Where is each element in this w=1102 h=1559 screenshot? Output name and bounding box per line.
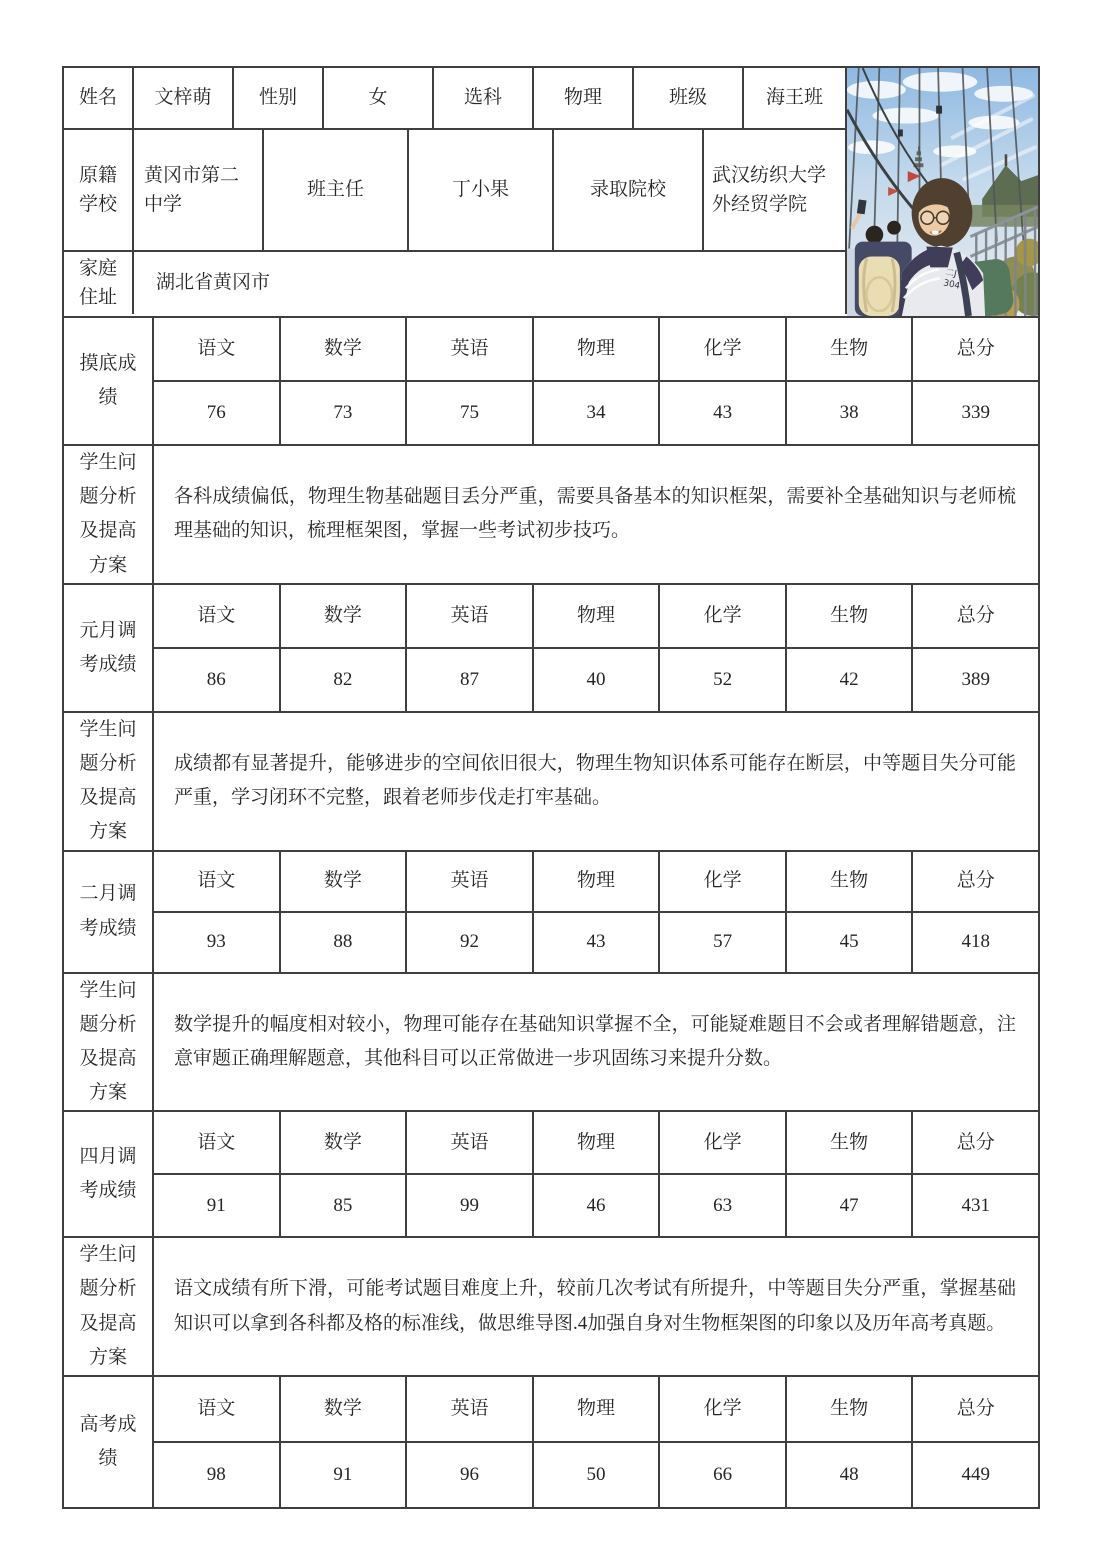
info-row-basic: 姓名 文梓萌 性别 女 选科 物理 班级 海王班 <box>64 68 847 130</box>
score-section: 元月调考成绩 语文数学英语物理化学生物总分 868287405242389 <box>64 585 1038 713</box>
gender-value: 女 <box>324 68 434 128</box>
score-value-cell: 91 <box>281 1443 408 1507</box>
subject-header-cell: 化学 <box>660 585 787 647</box>
score-value-cell: 66 <box>660 1443 787 1507</box>
score-section: 高考成绩 语文数学英语物理化学生物总分 989196506648449 <box>64 1377 1038 1507</box>
teacher-label: 班主任 <box>264 130 409 250</box>
section-label-cell: 学生问题分析及提高方案 <box>64 713 154 850</box>
score-value-cell: 42 <box>787 649 914 711</box>
name-value: 文梓萌 <box>134 68 234 128</box>
subject-header-cell: 数学 <box>281 1112 408 1173</box>
score-value-cell: 63 <box>660 1175 787 1236</box>
subject-header-cell: 生物 <box>787 585 914 647</box>
score-value-cell: 40 <box>534 649 661 711</box>
score-value-cell: 98 <box>154 1443 281 1507</box>
subject-header-cell: 总分 <box>913 1112 1038 1173</box>
subject-header-cell: 总分 <box>913 1377 1038 1441</box>
score-value-cell: 43 <box>534 913 661 972</box>
score-value-cell: 91 <box>154 1175 281 1236</box>
score-value-cell: 418 <box>913 913 1038 972</box>
score-value-cell: 34 <box>534 382 661 444</box>
elective-label: 选科 <box>434 68 534 128</box>
subject-header-cell: 数学 <box>281 318 408 380</box>
subject-header-cell: 物理 <box>534 1377 661 1441</box>
section-label-cell: 学生问题分析及提高方案 <box>64 974 154 1111</box>
gender-label: 性别 <box>234 68 324 128</box>
score-value-cell: 46 <box>534 1175 661 1236</box>
subject-header-row: 语文数学英语物理化学生物总分 <box>154 1377 1038 1443</box>
section-label: 元月调考成绩 <box>78 614 138 682</box>
subject-header-cell: 英语 <box>407 585 534 647</box>
subject-header-cell: 语文 <box>154 1112 281 1173</box>
section-label: 学生问题分析及提高方案 <box>78 974 138 1111</box>
score-value-cell: 38 <box>787 382 914 444</box>
student-record-table: 姓名 文梓萌 性别 女 选科 物理 班级 海王班 原籍学校 黄冈市第二中学 班主… <box>62 66 1040 1509</box>
section-label: 二月调考成绩 <box>78 877 138 945</box>
subject-header-row: 语文数学英语物理化学生物总分 <box>154 852 1038 913</box>
section-label: 摸底成绩 <box>78 347 138 415</box>
analysis-text: 语文成绩有所下滑，可能考试题目难度上升，较前几次考试有所提升，中等题目失分严重，… <box>154 1238 1038 1375</box>
subject-header-cell: 总分 <box>913 585 1038 647</box>
origin-school-label: 原籍学校 <box>64 130 134 250</box>
score-table: 语文数学英语物理化学生物总分 767375344338339 <box>154 318 1038 444</box>
subject-header-cell: 生物 <box>787 318 914 380</box>
origin-school-value: 黄冈市第二中学 <box>134 130 264 250</box>
subject-header-cell: 语文 <box>154 852 281 911</box>
score-value-row: 767375344338339 <box>154 382 1038 444</box>
subject-header-row: 语文数学英语物理化学生物总分 <box>154 1112 1038 1175</box>
subject-header-cell: 物理 <box>534 318 661 380</box>
subject-header-row: 语文数学英语物理化学生物总分 <box>154 318 1038 382</box>
address-value: 湖北省黄冈市 <box>134 252 847 314</box>
sections: 摸底成绩 语文数学英语物理化学生物总分 767375344338339 学生问题… <box>64 318 1038 1507</box>
score-value-cell: 57 <box>660 913 787 972</box>
score-table: 语文数学英语物理化学生物总分 989196506648449 <box>154 1377 1038 1507</box>
section-label: 学生问题分析及提高方案 <box>78 1238 138 1375</box>
subject-header-cell: 数学 <box>281 1377 408 1441</box>
score-value-cell: 76 <box>154 382 281 444</box>
subject-header-cell: 物理 <box>534 852 661 911</box>
score-value-cell: 75 <box>407 382 534 444</box>
section-label-cell: 高考成绩 <box>64 1377 154 1507</box>
score-value-row: 868287405242389 <box>154 649 1038 711</box>
score-value-cell: 73 <box>281 382 408 444</box>
analysis-text: 各科成绩偏低，物理生物基础题目丢分严重，需要具备基本的知识框架，需要补全基础知识… <box>154 446 1038 583</box>
score-value-row: 989196506648449 <box>154 1443 1038 1507</box>
section-label-cell: 四月调考成绩 <box>64 1112 154 1236</box>
page: { "student": { "name_label": "姓名", "name… <box>0 0 1102 1559</box>
analysis-section: 学生问题分析及提高方案 语文成绩有所下滑，可能考试题目难度上升，较前几次考试有所… <box>64 1238 1038 1377</box>
score-value-cell: 47 <box>787 1175 914 1236</box>
score-value-cell: 96 <box>407 1443 534 1507</box>
section-label: 学生问题分析及提高方案 <box>78 446 138 583</box>
section-label-cell: 学生问题分析及提高方案 <box>64 446 154 583</box>
subject-header-cell: 生物 <box>787 852 914 911</box>
score-section: 二月调考成绩 语文数学英语物理化学生物总分 938892435745418 <box>64 852 1038 974</box>
score-section: 摸底成绩 语文数学英语物理化学生物总分 767375344338339 <box>64 318 1038 446</box>
score-value-cell: 389 <box>913 649 1038 711</box>
score-table: 语文数学英语物理化学生物总分 938892435745418 <box>154 852 1038 972</box>
subject-header-cell: 语文 <box>154 318 281 380</box>
info-row-address: 家庭住址 湖北省黄冈市 <box>64 252 847 314</box>
score-value-cell: 50 <box>534 1443 661 1507</box>
score-value-cell: 48 <box>787 1443 914 1507</box>
analysis-text: 数学提升的幅度相对较小，物理可能存在基础知识掌握不全，可能疑难题目不会或者理解错… <box>154 974 1038 1111</box>
score-value-cell: 339 <box>913 382 1038 444</box>
analysis-section: 学生问题分析及提高方案 各科成绩偏低，物理生物基础题目丢分严重，需要具备基本的知… <box>64 446 1038 585</box>
student-photo: 二J 304 <box>847 68 1038 316</box>
subject-header-cell: 总分 <box>913 318 1038 380</box>
subject-header-cell: 化学 <box>660 1377 787 1441</box>
score-value-cell: 43 <box>660 382 787 444</box>
address-label: 家庭住址 <box>64 252 134 314</box>
score-value-cell: 431 <box>913 1175 1038 1236</box>
score-value-cell: 82 <box>281 649 408 711</box>
analysis-section: 学生问题分析及提高方案 数学提升的幅度相对较小，物理可能存在基础知识掌握不全，可… <box>64 974 1038 1113</box>
subject-header-cell: 化学 <box>660 318 787 380</box>
score-value-cell: 52 <box>660 649 787 711</box>
subject-header-row: 语文数学英语物理化学生物总分 <box>154 585 1038 649</box>
subject-header-cell: 数学 <box>281 585 408 647</box>
score-value-row: 918599466347431 <box>154 1175 1038 1236</box>
score-value-cell: 45 <box>787 913 914 972</box>
score-value-cell: 92 <box>407 913 534 972</box>
class-value: 海王班 <box>744 68 847 128</box>
college-label: 录取院校 <box>554 130 704 250</box>
elective-value: 物理 <box>534 68 634 128</box>
section-label: 四月调考成绩 <box>78 1140 138 1208</box>
subject-header-cell: 英语 <box>407 1377 534 1441</box>
name-label: 姓名 <box>64 68 134 128</box>
class-label: 班级 <box>634 68 744 128</box>
score-table: 语文数学英语物理化学生物总分 868287405242389 <box>154 585 1038 711</box>
student-info-block: 姓名 文梓萌 性别 女 选科 物理 班级 海王班 原籍学校 黄冈市第二中学 班主… <box>64 68 1038 318</box>
subject-header-cell: 英语 <box>407 852 534 911</box>
section-label: 学生问题分析及提高方案 <box>78 713 138 850</box>
analysis-section: 学生问题分析及提高方案 成绩都有显著提升，能够进步的空间依旧很大，物理生物知识体… <box>64 713 1038 852</box>
section-label-cell: 摸底成绩 <box>64 318 154 444</box>
subject-header-cell: 生物 <box>787 1112 914 1173</box>
section-label: 高考成绩 <box>78 1408 138 1476</box>
subject-header-cell: 生物 <box>787 1377 914 1441</box>
info-row-school: 原籍学校 黄冈市第二中学 班主任 丁小果 录取院校 武汉纺织大学外经贸学院 <box>64 130 847 252</box>
score-table: 语文数学英语物理化学生物总分 918599466347431 <box>154 1112 1038 1236</box>
student-photo-illustration: 二J 304 <box>847 68 1038 316</box>
section-label-cell: 二月调考成绩 <box>64 852 154 972</box>
college-value: 武汉纺织大学外经贸学院 <box>704 130 847 250</box>
subject-header-cell: 数学 <box>281 852 408 911</box>
score-value-row: 938892435745418 <box>154 913 1038 972</box>
score-value-cell: 93 <box>154 913 281 972</box>
score-value-cell: 85 <box>281 1175 408 1236</box>
score-value-cell: 449 <box>913 1443 1038 1507</box>
subject-header-cell: 化学 <box>660 852 787 911</box>
score-value-cell: 87 <box>407 649 534 711</box>
teacher-value: 丁小果 <box>409 130 554 250</box>
score-value-cell: 88 <box>281 913 408 972</box>
subject-header-cell: 总分 <box>913 852 1038 911</box>
score-value-cell: 99 <box>407 1175 534 1236</box>
section-label-cell: 元月调考成绩 <box>64 585 154 711</box>
subject-header-cell: 语文 <box>154 585 281 647</box>
subject-header-cell: 化学 <box>660 1112 787 1173</box>
section-label-cell: 学生问题分析及提高方案 <box>64 1238 154 1375</box>
score-section: 四月调考成绩 语文数学英语物理化学生物总分 918599466347431 <box>64 1112 1038 1238</box>
subject-header-cell: 语文 <box>154 1377 281 1441</box>
score-value-cell: 86 <box>154 649 281 711</box>
student-info-grid: 姓名 文梓萌 性别 女 选科 物理 班级 海王班 原籍学校 黄冈市第二中学 班主… <box>64 68 847 316</box>
subject-header-cell: 物理 <box>534 1112 661 1173</box>
subject-header-cell: 英语 <box>407 318 534 380</box>
analysis-text: 成绩都有显著提升，能够进步的空间依旧很大，物理生物知识体系可能存在断层，中等题目… <box>154 713 1038 850</box>
subject-header-cell: 物理 <box>534 585 661 647</box>
subject-header-cell: 英语 <box>407 1112 534 1173</box>
